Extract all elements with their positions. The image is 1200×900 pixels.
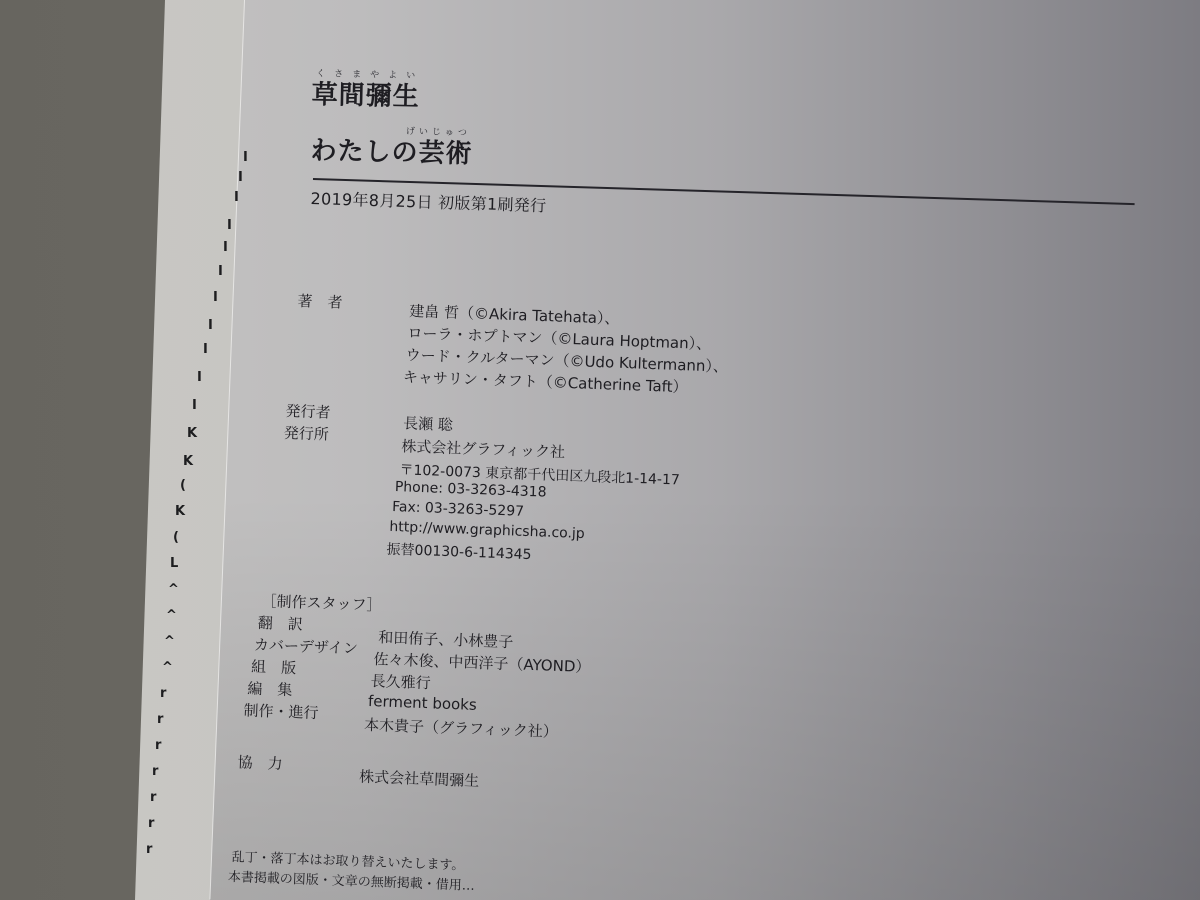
staff-role: 翻 訳 [257, 612, 303, 635]
publisher-label: 発行所 [283, 422, 329, 445]
colophon-content: くさまやよい 草間彌生 げいじゅつ わたしの芸術 2019年8月25日 初版第1… [0, 0, 1200, 900]
title-main: げいじゅつ わたしの芸術 [310, 138, 473, 167]
staff-name: 長久雅行 [370, 670, 431, 693]
staff-role: 制作・進行 [243, 699, 319, 723]
staff-heading: ［制作スタッフ］ [261, 590, 382, 615]
title-author-text: 草間彌生 [311, 80, 420, 112]
staff-name: ferment books [368, 692, 477, 714]
staff-role: 組 版 [251, 656, 297, 679]
title-main-ruby: げいじゅつ [406, 128, 471, 138]
photo-scene: I I I I I I I I I I I K K ( K ( L ^ ^ ^ … [0, 0, 1200, 900]
publisher-person: 長瀬 聡 [403, 412, 454, 435]
edition-line: 2019年8月25日 初版第1刷発行 [310, 186, 547, 216]
title-author: くさまやよい 草間彌生 [311, 82, 474, 111]
cooperation-name: 株式会社草間彌生 [359, 766, 480, 791]
authors-label: 著 者 [297, 290, 343, 313]
publisher-url[interactable]: http://www.graphicsha.co.jp [389, 519, 585, 542]
staff-name: 本木貴子（グラフィック社） [364, 714, 558, 742]
publisher-transfer-account: 振替00130-6-114345 [386, 539, 532, 564]
publisher-person-label: 発行者 [285, 400, 331, 423]
staff-role: 編 集 [247, 678, 293, 701]
publisher-name: 株式会社グラフィック社 [401, 435, 565, 462]
staff-role: カバーデザイン [254, 634, 359, 659]
title-main-text: わたしの芸術 [310, 136, 473, 169]
publisher-fax: Fax: 03-3263-5297 [392, 499, 524, 520]
book-title-block: くさまやよい 草間彌生 げいじゅつ わたしの芸術 [310, 82, 474, 167]
cooperation-label: 協 力 [237, 751, 283, 774]
